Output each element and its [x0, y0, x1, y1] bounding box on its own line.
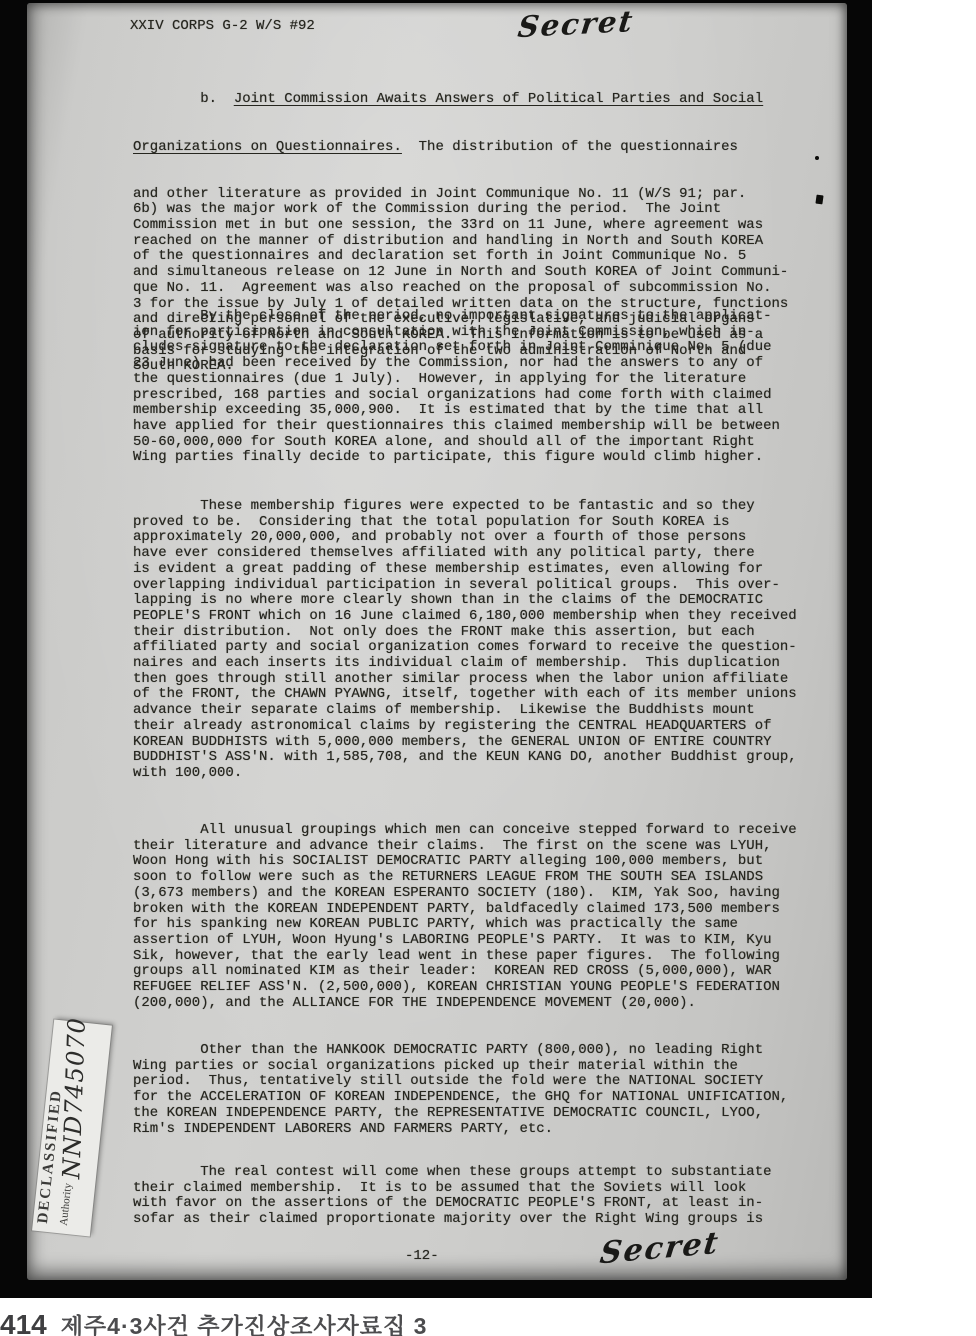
document-paper: XXIV CORPS G-2 W/S #92 Secret b. Joint C… [27, 3, 847, 1280]
section-b-heading-line-1: b. Joint Commission Awaits Answers of Po… [133, 92, 788, 108]
handwritten-secret-bottom: Secret [598, 1226, 722, 1272]
declassified-stamp: DECLASSIFIED Authority NND745070 [32, 1020, 112, 1237]
section-b-heading-line-2: Organizations on Questionnaires. The dis… [133, 140, 788, 156]
section-b-after-underline: The distribution of the questionnaires [402, 139, 738, 155]
authority-number-handwritten: NND745070 [62, 1017, 86, 1179]
paragraph-2: By the close of the period, no important… [133, 309, 780, 466]
book-page-number: 414 [0, 1309, 47, 1336]
section-b-underlined-title-2: Organizations on Questionnaires. [133, 139, 402, 155]
pen-mark [815, 195, 823, 205]
document-header: XXIV CORPS G-2 W/S #92 [130, 19, 315, 35]
scanned-document-page: XXIV CORPS G-2 W/S #92 Secret b. Joint C… [0, 0, 976, 1336]
book-title-korean: 제주4·3사건 추가진상조사자료집 3 [61, 1313, 428, 1336]
page-number: -12- [405, 1249, 439, 1265]
book-footer-caption: 414제주4·3사건 추가진상조사자료집 3 [0, 1308, 427, 1336]
authority-label: Authority [58, 1182, 74, 1226]
paragraph-3: These membership figures were expected t… [133, 499, 797, 782]
handwritten-secret-top: Secret [516, 4, 636, 44]
paragraph-5: Other than the HANKOOK DEMOCRATIC PARTY … [133, 1043, 788, 1137]
paragraph-6: The real contest will come when these gr… [133, 1165, 772, 1228]
paragraph-4: All unusual groupings which men can conc… [133, 823, 797, 1011]
section-b-underlined-title-1: Joint Commission Awaits Answers of Polit… [234, 91, 763, 107]
photo-background: XXIV CORPS G-2 W/S #92 Secret b. Joint C… [0, 0, 872, 1298]
ink-speck [815, 156, 819, 160]
section-b-prefix: b. [133, 91, 234, 107]
